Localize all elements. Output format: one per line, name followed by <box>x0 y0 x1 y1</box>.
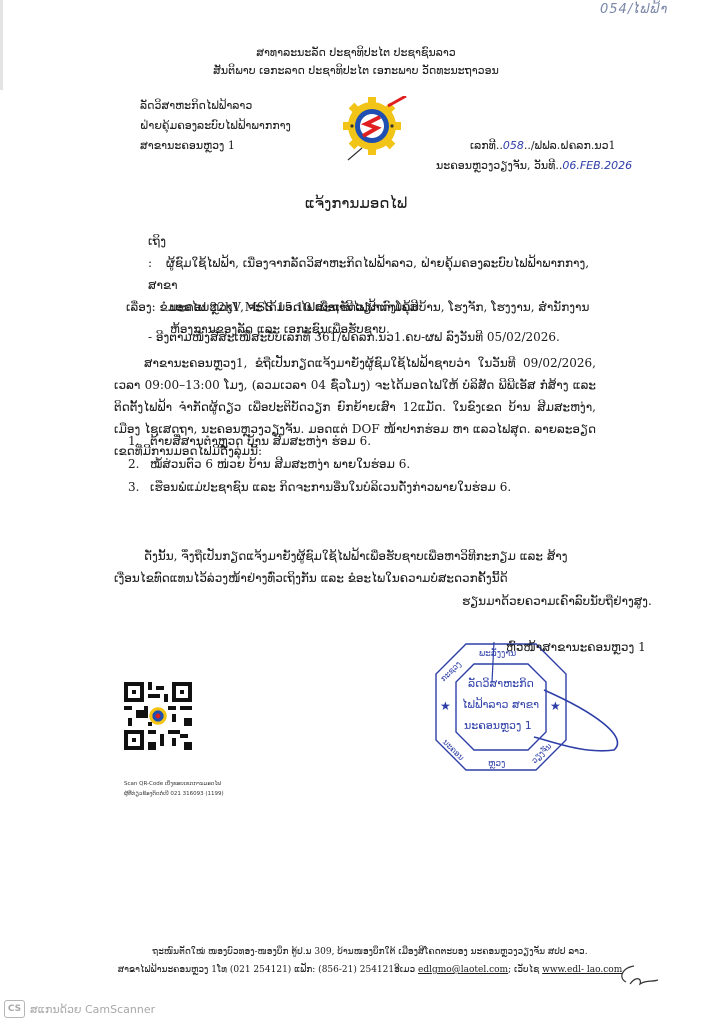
subject-label: ເລື່ອງ: <box>126 300 156 314</box>
footer-contact: ສາຂາໄຟຟ້ານະຄອນຫຼວງ 1ໂທ (021 254121) ແຟັກ… <box>110 962 630 979</box>
list-item: 3.ເຮືອນພໍ່ແມ່ປະຊາຊົນ ແລະ ກິດຈະການອື່ນໃນບ… <box>128 476 598 499</box>
org-line3: ສາຂານະຄອນຫຼວງ 1 <box>140 136 235 156</box>
list-item: 2.ໝໍ້ສ່ວນຕົວ 6 ໜ່ວຍ ບ້ານ ສີມສະຫງ່າ ພາຍໃນ… <box>128 453 598 476</box>
svg-text:ຫຼວງ: ຫຼວງ <box>488 759 505 769</box>
respectful-closing: ຮຽນມາດ້ວຍຄວາມເຄົາລົບນັບຖືຢ່າງສູງ. <box>462 594 652 608</box>
national-header-line2: ສັນຕິພາບ ເອກະລາດ ປະຊາທິປະໄຕ ເອກະພາບ ວັດທ… <box>0 62 712 80</box>
reference-number-value: 058 <box>503 139 524 152</box>
subject-line: ເລື່ອງ: ຂໍມອດໄຟ 22kV MSS 15.10 ສະຖານີໄຟຟ… <box>126 296 596 318</box>
qr-caption-line1: Scan QR-Code ເບິ່ງຂອບເຂດການມອດໄຟ <box>124 780 234 789</box>
svg-text:ລັດວິສາຫະກິດ: ລັດວິສາຫະກິດ <box>468 677 534 690</box>
closing-paragraph: ດັ່ງນັ້ນ, ຈຶ່ງຖືເປັນກຽດແຈ້ງມາຍັງຜູ້ຊົມໃຊ… <box>114 545 604 589</box>
signatory-title: ຫົວໜ້າສາຂານະຄອນຫຼວງ 1 <box>506 640 646 654</box>
svg-text:ກະຊວງ: ກະຊວງ <box>439 659 464 684</box>
national-header-line1: ສາທາລະນະລັດ ປະຊາທິປະໄຕ ປະຊາຊົນລາວ <box>0 44 712 62</box>
svg-text:★: ★ <box>440 699 451 713</box>
document-title: ແຈ້ງການມອດໄຟ <box>0 194 712 212</box>
camscanner-watermark: CS ສແກນດ້ວຍ CamScanner <box>4 1000 155 1018</box>
list-item: 1.ຕ້າຍສື່ສານຕຳຫຼວດ ບ້ານ ສີມສະຫງ່າ ຮ່ອມ 6… <box>128 430 598 453</box>
official-stamp-icon: ພະລັງງານ ກະຊວງ ລັດວິສາຫະກິດ ໄຟຟ້າລາວ ສາຂ… <box>424 642 634 772</box>
qr-caption-line2: ຜູ້ທີ່ກ່ຽວຂ້ອງຕິດຕໍ່ເບີ 021 316093 (1199… <box>124 790 234 799</box>
place-date: ນະຄອນຫຼວງວຽງຈັນ, ວັນທີ..06.FEB.2026 <box>436 156 632 176</box>
subject-text: ຂໍມອດໄຟ 22kV MSS 15.10 ສະຖານີໄຟຟ້າດົງໂພສ… <box>156 300 419 314</box>
reference-number: ເລກທີ..058../ຟຟລ.ຝຄລກ.ນວ1 <box>470 136 616 156</box>
svg-text:ໄຟຟ້າລາວ ສາຂາ: ໄຟຟ້າລາວ ສາຂາ <box>462 698 539 711</box>
affected-areas-list: 1.ຕ້າຍສື່ສານຕຳຫຼວດ ບ້ານ ສີມສະຫງ່າ ຮ່ອມ 6… <box>128 430 598 499</box>
website-link[interactable]: www.edl- lao.com <box>542 965 622 975</box>
camscanner-logo-icon: CS <box>4 1000 25 1018</box>
recipient-block: ເຖິງ :ຜູ້ຊົມໃຊ້ໄຟຟ້າ, ເນື່ອງຈາກລັດວິສາຫະ… <box>148 230 590 340</box>
svg-text:★: ★ <box>550 699 561 713</box>
svg-text:ນະຄອນ: ນະຄອນ <box>441 737 466 762</box>
qr-code-icon[interactable] <box>124 682 192 750</box>
org-line1: ລັດວິສາຫະກິດໄຟຟ້າລາວ <box>140 96 252 116</box>
svg-text:ວຽງຈັນ: ວຽງຈັນ <box>529 741 554 766</box>
footer-address: ຖະໜົນຕັດໃໝ່ ໜອງບົວທອງ-ໜອງບຶກ ຕູ້ປ.ນ 309,… <box>110 944 630 961</box>
recipient-label: ເຖິງ : <box>148 230 166 274</box>
handwritten-note: 054/ໄຟຟ້າ <box>600 2 668 17</box>
email-link[interactable]: edlgmo@laotel.com <box>418 965 508 975</box>
edl-gear-logo-icon <box>336 96 410 162</box>
org-line2: ຝ່າຍຄຸ້ມຄອງລະບົບໄຟຟ້າພາກກາງ <box>140 116 291 136</box>
handwritten-initials-icon <box>612 960 662 990</box>
svg-text:ນະຄອນຫຼວງ 1: ນະຄອນຫຼວງ 1 <box>464 719 532 732</box>
basis-reference: - ອີງຕາມໜັງສືສະເໜີສະບັບເລກທີ 361/ຝຄລກ.ນວ… <box>148 326 590 348</box>
date-stamp-value: 06.FEB.2026 <box>562 159 632 172</box>
